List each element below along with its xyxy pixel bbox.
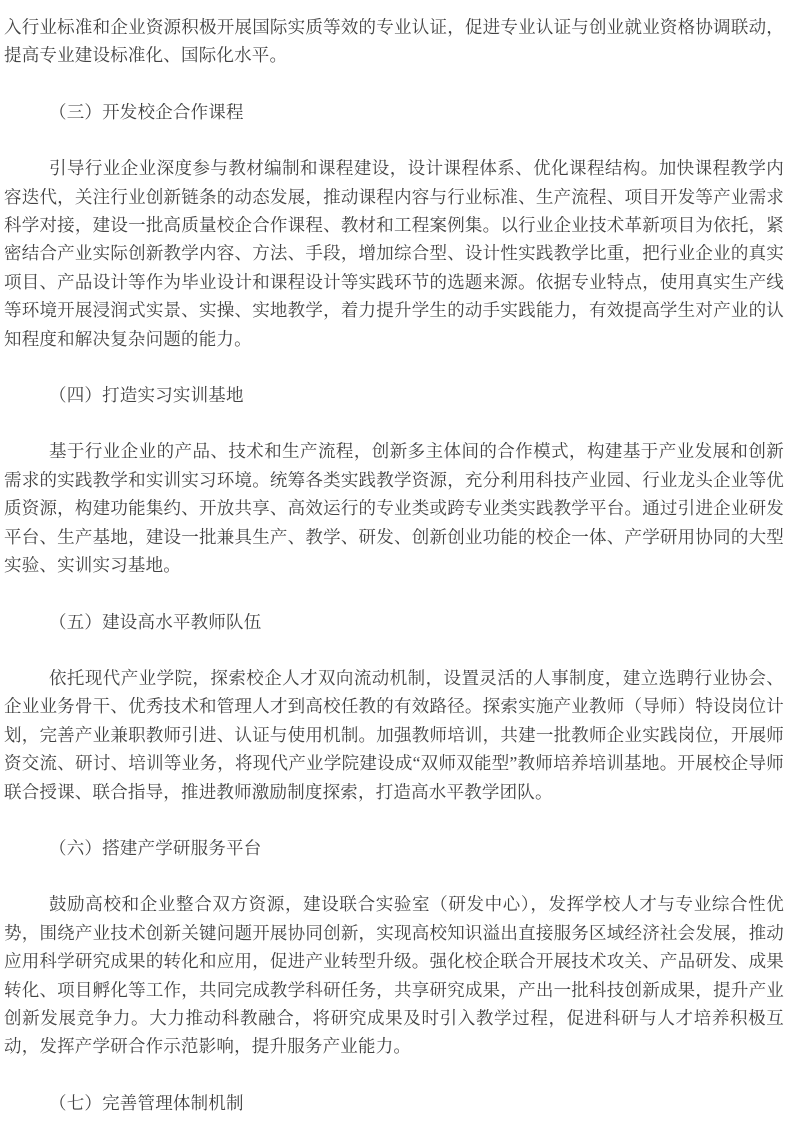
paragraph-training-bases: 基于行业企业的产品、技术和生产流程，创新多主体间的合作模式，构建基于产业发展和创… — [4, 437, 784, 579]
heading-section-6: （六）搭建产学研服务平台 — [4, 834, 784, 862]
document-page: 入行业标准和企业资源积极开展国际实质等效的专业认证，促进专业认证与创业就业资格协… — [0, 0, 793, 1122]
paragraph-develop-courses: 引导行业企业深度参与教材编制和课程建设，设计课程体系、优化课程结构。加快课程教学… — [4, 154, 784, 353]
heading-section-4: （四）打造实习实训基地 — [4, 381, 784, 409]
heading-section-5: （五）建设高水平教师队伍 — [4, 608, 784, 636]
heading-section-7: （七）完善管理体制机制 — [4, 1089, 784, 1117]
paragraph-teacher-team: 依托现代产业学院，探索校企人才双向流动机制，设置灵活的人事制度，建立选聘行业协会… — [4, 664, 784, 806]
heading-section-3: （三）开发校企合作课程 — [4, 98, 784, 126]
paragraph-research-platform: 鼓励高校和企业整合双方资源，建设联合实验室（研发中心），发挥学校人才与专业综合性… — [4, 890, 784, 1060]
tail-paragraph: 入行业标准和企业资源积极开展国际实质等效的专业认证，促进专业认证与创业就业资格协… — [4, 13, 784, 70]
